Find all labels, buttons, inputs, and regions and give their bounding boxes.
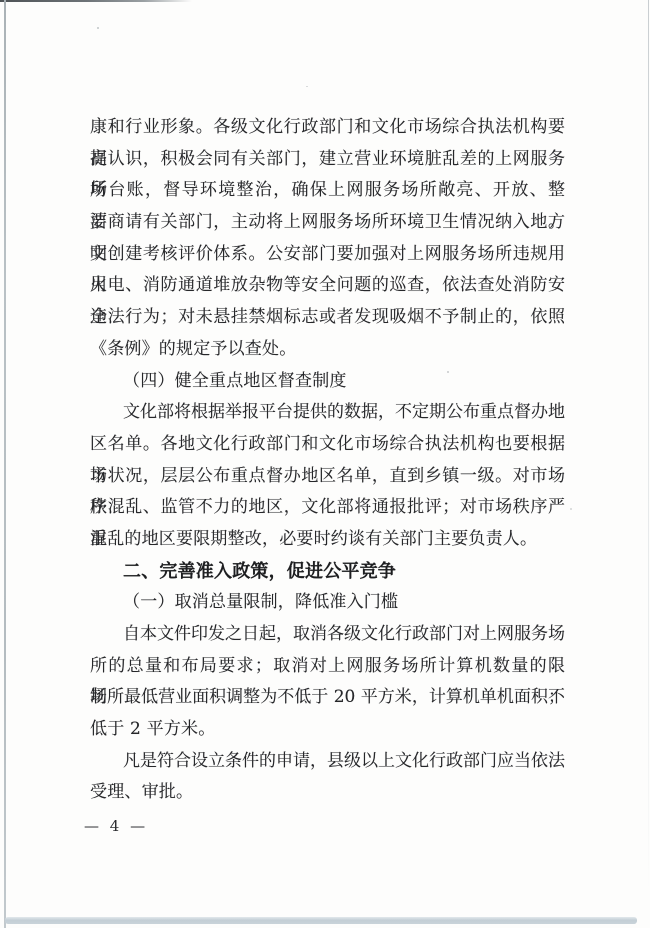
text-line: 区名单。各地文化行政部门和文化市场综合执法机构也要根据市	[90, 429, 565, 461]
scanned-document-page: 康和行业形象。各级文化行政部门和文化市场综合执法机构要提高认识，积极会同有关部门…	[0, 0, 650, 928]
text-line: 文化部将根据举报平台提供的数据，不定期公布重点督办地	[90, 397, 565, 429]
scan-speck	[97, 27, 99, 29]
text-line: 序混乱、监管不力的地区，文化部将通报批评；对市场秩序严重	[90, 492, 565, 524]
text-line: 明创建考核评价体系。公安部门要加强对上网服务场所违规用火	[90, 239, 565, 271]
text-line: 自本文件印发之日起，取消各级文化行政部门对上网服务场	[90, 619, 565, 651]
text-line: 高认识，积极会同有关部门，建立营业环境脏乱差的上网服务场	[90, 144, 565, 176]
text-line: 《条例》的规定予以查处。	[90, 334, 565, 366]
text-line: 低于 2 平方米。	[90, 714, 565, 746]
scan-speck	[570, 508, 572, 510]
text-line: 康和行业形象。各级文化行政部门和文化市场综合执法机构要提	[90, 112, 565, 144]
text-line: 场状况，层层公布重点督办地区名单，直到乡镇一级。对市场秩	[90, 461, 565, 493]
text-line: 违法行为；对未悬挂禁烟标志或者发现吸烟不予制止的，依照	[90, 302, 565, 334]
text-line: 用电、消防通道堆放杂物等安全问题的巡查，依法查处消防安全	[90, 270, 565, 302]
text-line: 受理、审批。	[90, 777, 565, 809]
text-line: 场所最低营业面积调整为不低于 20 平方米，计算机单机面积不	[90, 682, 565, 714]
text-line: 凡是符合设立条件的申请，县级以上文化行政部门应当依法	[90, 746, 565, 778]
text-line: （四）健全重点地区督查制度	[90, 366, 565, 398]
text-line: （一）取消总量限制，降低准入门槛	[90, 587, 565, 619]
text-line: 所的总量和布局要求；取消对上网服务场所计算机数量的限制；	[90, 651, 565, 683]
text-line: 二、完善准入政策，促进公平竞争	[90, 556, 565, 588]
page-number: — 4 —	[84, 812, 148, 840]
scan-edge-top-strip	[0, 0, 192, 2]
text-line: 混乱的地区要限期整改，必要时约谈有关部门主要负责人。	[90, 524, 565, 556]
scan-edge-bottom-band	[5, 917, 637, 924]
text-line: 所台账，督导环境整治，确保上网服务场所敞亮、开放、整洁。	[90, 175, 565, 207]
document-text: 康和行业形象。各级文化行政部门和文化市场综合执法机构要提高认识，积极会同有关部门…	[90, 112, 565, 809]
text-line: 要商请有关部门，主动将上网服务场所环境卫生情况纳入地方文	[90, 207, 565, 239]
scan-speck	[306, 86, 308, 87]
scan-edge-right-line	[648, 0, 649, 891]
scan-edge-left-line	[4, 0, 6, 928]
